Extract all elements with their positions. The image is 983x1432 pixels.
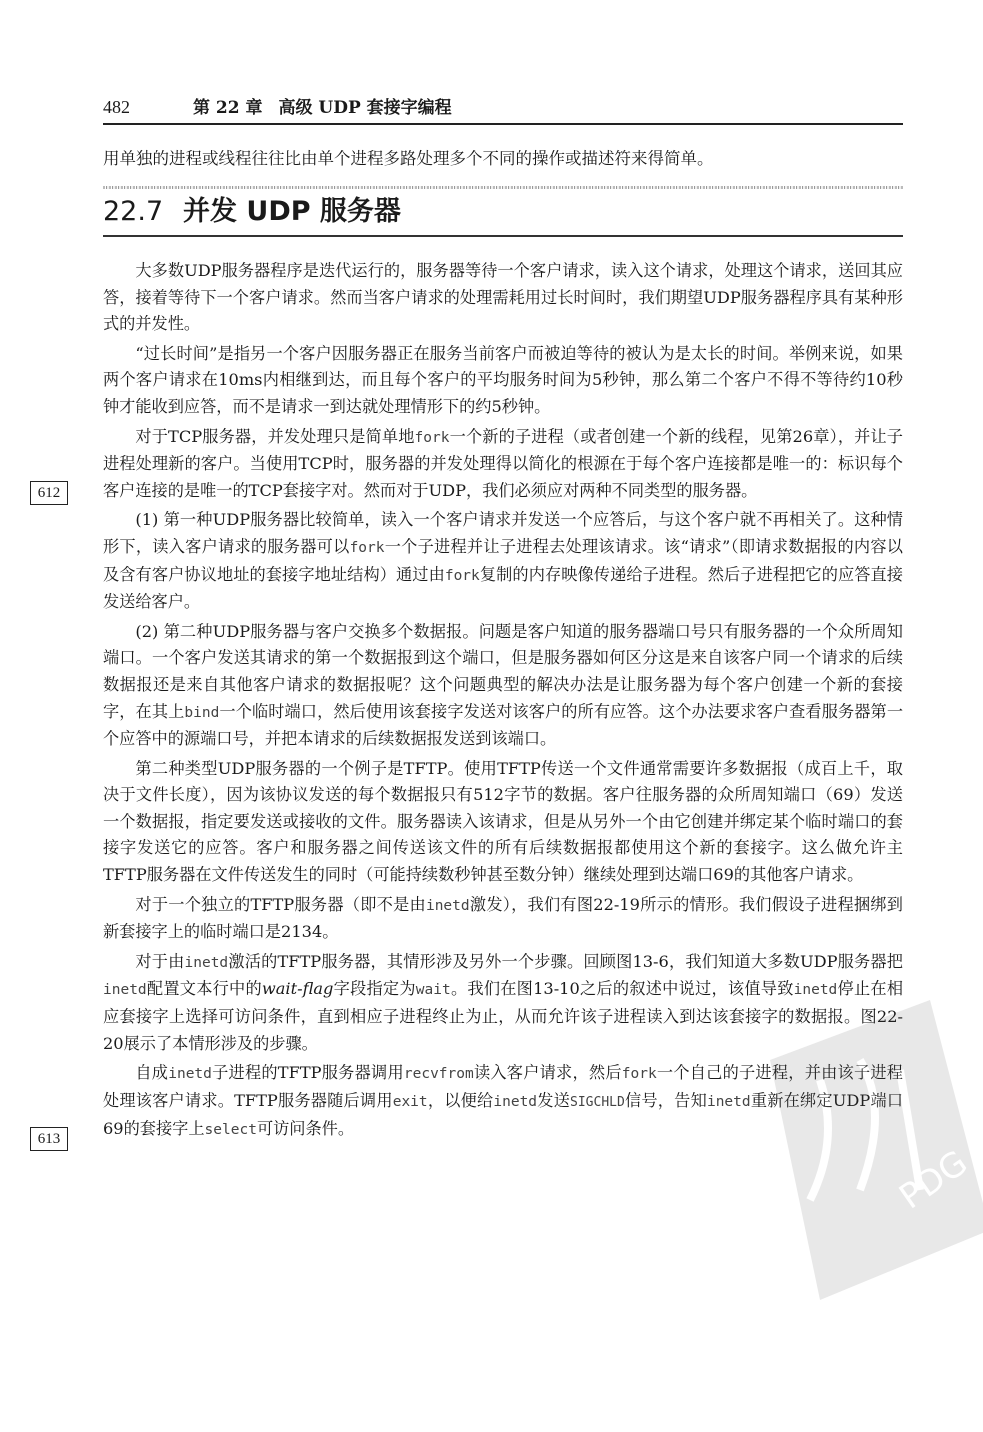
body-paragraph: (2) 第二种UDP服务器与客户交换多个数据报。问题是客户知道的服务器端口号只有… [103,619,903,753]
text-run: 读入客户请求，然后 [474,1063,622,1082]
body-paragraph: 对于TCP服务器，并发处理只是简单地fork一个新的子进程（或者创建一个新的线程… [103,424,903,505]
inline-code: inetd [103,982,147,998]
inline-code: inetd [493,1094,537,1110]
running-head: 482第 22 章高级 UDP 套接字编程 [103,95,903,123]
chapter-label: 第 22 章 [193,96,263,120]
inline-code: inetd [168,1066,212,1082]
margin-page-ref: 612 [30,481,68,505]
section-number: 22.7 [103,193,183,231]
chapter-title: 高级 UDP 套接字编程 [279,96,452,120]
body-paragraph: 大多数UDP服务器程序是迭代运行的，服务器等待一个客户请求，读入这个请求，处理这… [103,258,903,338]
inline-code: fork [622,1066,657,1082]
text-run: ，以便给 [428,1091,494,1110]
inline-code: inetd [426,898,470,914]
italic-term: wait-flag [262,979,333,998]
text-run: 一个临时端口，然后使用该套接字发送对该客户的所有应答。这个办法要求客户查看服务器… [103,702,903,749]
inline-code: fork [415,430,450,446]
watermark-label: PDG [892,1143,975,1218]
text-run: 自成 [135,1063,168,1082]
section-top-rule [103,186,903,189]
body-paragraph: 第二种类型UDP服务器的一个例子是TFTP。使用TFTP传送一个文件通常需要许多… [103,756,903,889]
inline-code: select [205,1122,257,1138]
text-run: 对于一个独立的TFTP服务器（即不是由 [135,895,426,914]
inline-code: inetd [794,982,838,998]
margin-page-ref: 613 [30,1127,68,1151]
text-run: 对于由 [135,952,184,971]
inline-code: bind [184,705,219,721]
text-run: 信号，告知 [625,1091,707,1110]
section-title: 并发 UDP 服务器 [183,196,401,227]
text-run: 子进程的TFTP服务器调用 [212,1063,404,1082]
text-run: 发送 [537,1091,570,1110]
text-run: 大多数UDP服务器程序是迭代运行的，服务器等待一个客户请求，读入这个请求，处理这… [103,261,903,333]
body-paragraph: 自成inetd子进程的TFTP服务器调用recvfrom读入客户请求，然后for… [103,1060,903,1144]
section-bottom-rule [103,235,903,237]
section-body: 大多数UDP服务器程序是迭代运行的，服务器等待一个客户请求，读入这个请求，处理这… [103,258,903,1147]
continued-text-line: 用单独的进程或线程往往比由单个进程多路处理多个不同的操作或描述符来得简单。 [103,146,903,172]
inline-code: inetd [185,955,229,971]
body-paragraph: 对于由inetd激活的TFTP服务器，其情形涉及另外一个步骤。回顾图13-6，我… [103,949,903,1057]
book-page: 482第 22 章高级 UDP 套接字编程 用单独的进程或线程往往比由单个进程多… [0,0,983,1432]
text-run: “过长时间”是指另一个客户因服务器正在服务当前客户而被迫等待的被认为是太长的时间… [103,344,903,416]
text-run: 激活的TFTP服务器，其情形涉及另外一个步骤。回顾图13-6，我们知道大多数UD… [228,952,903,971]
inline-code: fork [445,568,480,584]
signal-name: SIGCHLD [570,1095,625,1110]
section-heading: 22.7并发 UDP 服务器 [103,193,903,233]
header-rule [103,123,903,125]
text-run: 字段指定为 [333,979,415,998]
text-run: 第二种类型UDP服务器的一个例子是TFTP。使用TFTP传送一个文件通常需要许多… [103,759,903,884]
inline-code: recvfrom [404,1066,474,1082]
body-paragraph: 对于一个独立的TFTP服务器（即不是由inetd激发），我们有图22-19所示的… [103,892,903,946]
body-paragraph: “过长时间”是指另一个客户因服务器正在服务当前客户而被迫等待的被认为是太长的时间… [103,341,903,421]
text-run: 对于TCP服务器，并发处理只是简单地 [135,427,414,446]
text-run: 配置文本行中的 [147,979,262,998]
text-run: 。我们在图13-10之后的叙述中说过，该值导致 [451,979,794,998]
inline-code: wait [416,982,451,998]
inline-code: inetd [707,1094,751,1110]
inline-code: fork [350,540,385,556]
body-paragraph: (1) 第一种UDP服务器比较简单，读入一个客户请求并发送一个应答后，与这个客户… [103,507,903,615]
page-number: 482 [103,95,193,119]
inline-code: exit [393,1094,428,1110]
text-run: 可访问条件。 [257,1119,354,1138]
